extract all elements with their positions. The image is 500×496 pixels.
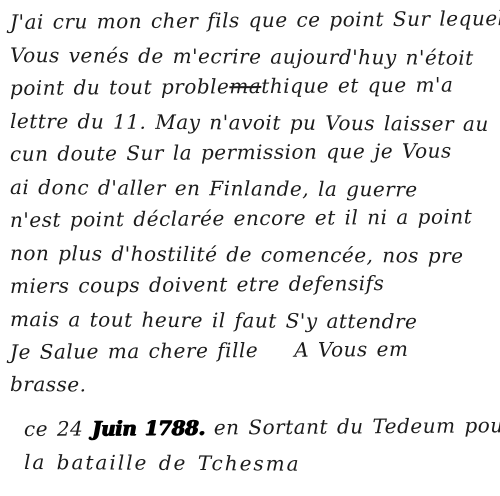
manuscript-line-9: miers coups doivent etre defensifs bbox=[10, 266, 500, 303]
postscript-prefix: ce 24 bbox=[24, 416, 92, 441]
postscript-rest: en Sortant du Tedeum pour bbox=[205, 413, 500, 439]
postscript-block: ce 24 Juin 1788. en Sortant du Tedeum po… bbox=[10, 413, 500, 479]
closing-embrace-start: A Vous em bbox=[294, 337, 408, 362]
manuscript-page: J'ai cru mon cher fils que ce point Sur … bbox=[0, 0, 500, 496]
manuscript-line-11: Je Salue ma chere filleA Vous em bbox=[10, 332, 500, 369]
postscript-battle-line: la bataille de Tchesma bbox=[24, 446, 500, 482]
line-3-struck-correction: ma bbox=[229, 74, 261, 98]
line-3-segment-a: point du tout proble bbox=[10, 74, 230, 100]
letter-body: J'ai cru mon cher fils que ce point Sur … bbox=[10, 6, 500, 479]
manuscript-line-7: n'est point déclarée encore et il ni a p… bbox=[10, 200, 500, 237]
manuscript-line-1: J'ai cru mon cher fils que ce point Sur … bbox=[10, 2, 500, 39]
manuscript-line-3: point du tout problemathique et que m'a bbox=[10, 68, 500, 105]
manuscript-line-12: brasse. bbox=[10, 369, 500, 402]
line-3-segment-b: thique et que m'a bbox=[261, 73, 453, 99]
closing-salutation: Je Salue ma chere fille bbox=[10, 338, 258, 364]
postscript-date-line: ce 24 Juin 1788. en Sortant du Tedeum po… bbox=[24, 409, 500, 446]
manuscript-line-5: cun doute Sur la permission que je Vous bbox=[10, 134, 500, 171]
overwritten-date: Juin 1788. bbox=[92, 416, 205, 441]
